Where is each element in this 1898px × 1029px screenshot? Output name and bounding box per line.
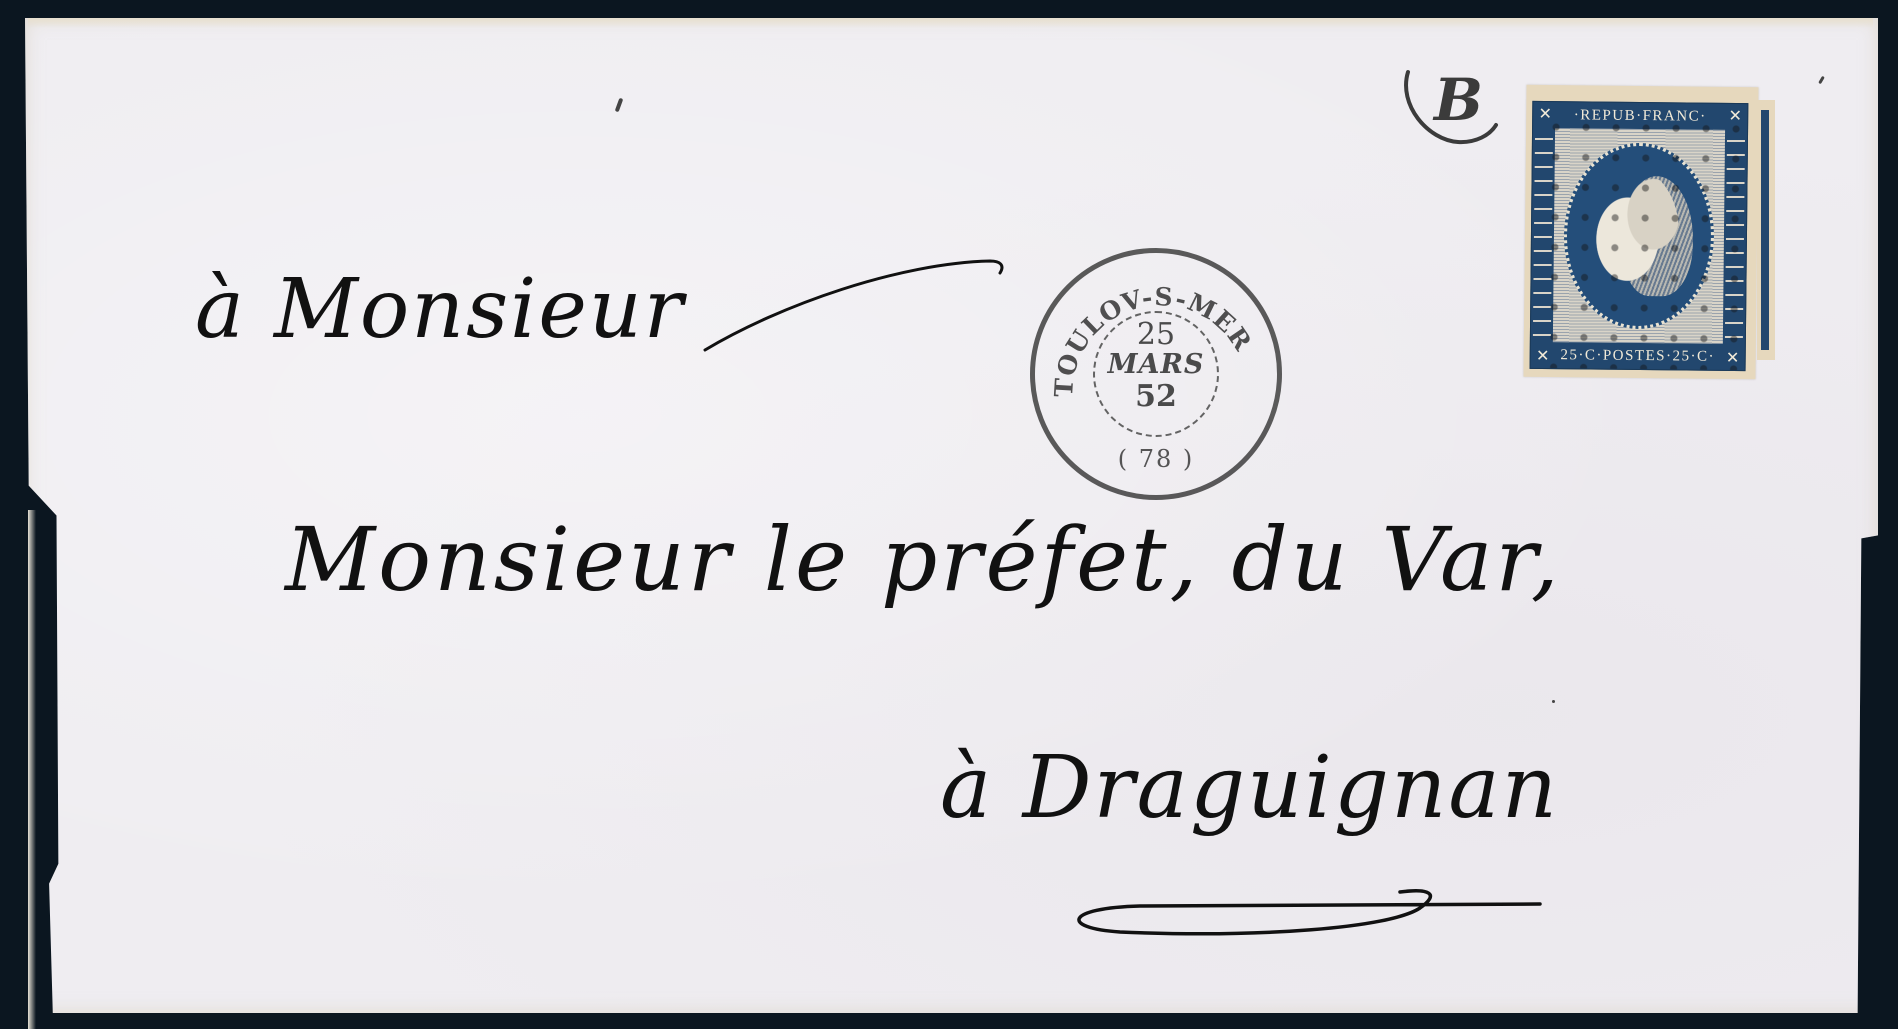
ink-speck bbox=[1552, 700, 1555, 703]
stamp-frame: ✕ ✕ ✕ ✕ ·REPUB·FRANC· 25·C·POSTES·25·C· bbox=[1530, 101, 1749, 371]
address-line-city: à Draguignan bbox=[940, 738, 1559, 838]
adjacent-stamp-margin bbox=[1757, 100, 1775, 360]
dotted-cancellation bbox=[1531, 102, 1748, 370]
postage-stamp: ✕ ✕ ✕ ✕ ·REPUB·FRANC· 25·C·POSTES·25·C· bbox=[1523, 85, 1758, 379]
circular-postmark: TOULOV-S-MER 25 MARS 52 ( 78 ) bbox=[1030, 248, 1282, 500]
postmark-department: ( 78 ) bbox=[1035, 445, 1277, 473]
adjacent-stamp-frame bbox=[1761, 110, 1769, 350]
postmark-month: MARS bbox=[1035, 349, 1277, 380]
address-line-salutation: à Monsieur bbox=[195, 262, 685, 357]
address-line-recipient: Monsieur le préfet, du Var, bbox=[285, 508, 1562, 611]
b-letter: B bbox=[1434, 66, 1483, 134]
postmark-day: 25 bbox=[1035, 317, 1277, 352]
postmark-year: 52 bbox=[1035, 379, 1277, 414]
b-handstamp: B bbox=[1398, 60, 1502, 160]
paper-fold-edge bbox=[28, 510, 36, 1029]
